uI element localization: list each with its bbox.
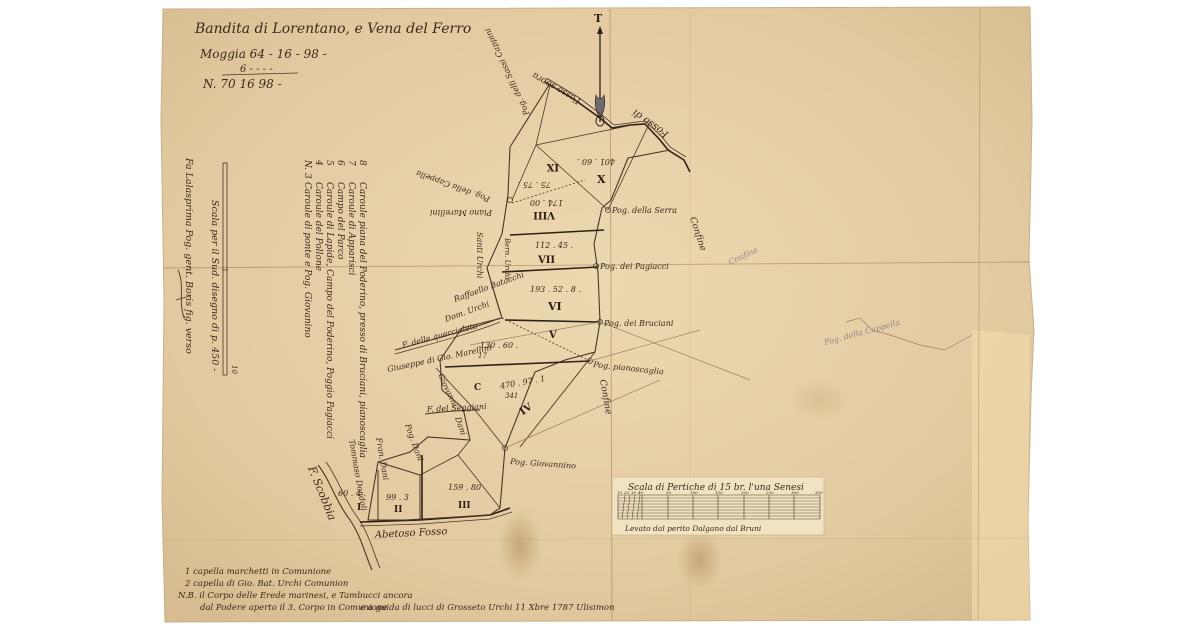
legend-item: N. 3 (302, 159, 312, 179)
parcel-vi-area: 193 . 52 . 8 . (530, 285, 581, 294)
scale-tick: 200 (740, 490, 749, 495)
parcel-viii-area: 174 . 00 (530, 198, 563, 207)
map-title: Bandita di Lorentano, e Vena del Ferro (194, 21, 471, 37)
label-pog-pagiacci: Pog. dei Pagiacci (599, 262, 669, 271)
scale-tick: 10 (230, 365, 238, 374)
parcel-ix-area: 75 . 75 . (518, 180, 551, 189)
legend-item: 7 (346, 160, 356, 166)
legend-item: Caroule di Lapide, Campo del Poderino, P… (324, 182, 334, 439)
owner-label: Bern. Urchi (503, 237, 511, 280)
legend-item: Caroule di Apparisci (346, 182, 356, 276)
legend-item: 4 (313, 159, 323, 166)
summary-line-1: Moggia 64 - 16 - 98 - (199, 47, 327, 61)
legend-item: 5 (324, 160, 334, 166)
scale-tick: 50 (666, 490, 672, 495)
scale-tick: 300 (791, 490, 799, 495)
legend-item: Caroule di ponte e Pog. Giovanino (302, 182, 312, 338)
scale-tick: 40 (637, 490, 644, 495)
parcel-v-id: V (548, 330, 557, 341)
side-note: Fa Lalasprima Pog. gent. Boris fig. vers… (183, 157, 194, 354)
scale-tick: 30 (631, 490, 637, 495)
owner-label: Piano Marellini (429, 208, 493, 217)
scale-tick: 250 (765, 490, 774, 495)
scale-tick: 20 (623, 490, 630, 495)
parcel-iii-id: III (458, 501, 471, 511)
scale-bar: Scala di Pertiche di 15 br. l'una Senesi (612, 477, 824, 535)
scale-tick: 10 (617, 490, 623, 495)
parcel-iv-sub: 341 (505, 392, 518, 400)
scale-note: Scala per il Sud. disegno di p. 450 - (209, 200, 220, 372)
scale-tick: 100 (690, 490, 698, 495)
map-viewer: Bandita di Lorentano, e Vena del Ferro M… (0, 0, 1200, 628)
parcel-c-id: C (474, 383, 481, 393)
summary-line-2: 6 - - - - (240, 64, 273, 75)
parcel-ix-id: IX (546, 161, 559, 172)
footer-note: N.B. il Corpo delle Erede marinesi, e Ta… (177, 591, 413, 601)
legend-item: Caroule piana del Poderino, presso di Br… (357, 182, 367, 458)
scale-bar-note: Levato dal perito Dalgano dal Bruni (624, 524, 762, 533)
owner-label: Santi Urchi (475, 232, 484, 279)
legend-item: Caroule del Pollone (313, 182, 323, 271)
parcel-vii-id: VII (537, 255, 555, 266)
scale-tick: 150 (715, 490, 723, 495)
scale-tick: 350 (815, 490, 823, 495)
summary-total: N. 70 16 98 - (202, 77, 282, 91)
parcel-ii-id: II (394, 505, 402, 515)
survey-map: Bandita di Lorentano, e Vena del Ferro M… (0, 0, 1200, 628)
parcel-vi-id: VI (547, 300, 562, 313)
parcel-iii-area: 159 . 80 (448, 483, 481, 492)
legend-item: 8 (357, 160, 367, 166)
north-marker: T (594, 12, 603, 25)
footer-note: e a guida di lucci di Grosseto Urchi 11 … (360, 603, 615, 613)
footer-note: 2 capella di Gio. Bat. Urchi Comunion (184, 579, 348, 589)
label-pog-serra: Pog. della Serra (611, 206, 677, 215)
parcel-vii-area: 112 . 45 . (535, 241, 573, 250)
legend-item: 6 (335, 160, 345, 166)
parcel-ii-area: 99 . 3 (386, 493, 409, 502)
parcel-viii-id: VIII (533, 209, 556, 220)
parcel-x-id: X (597, 173, 606, 186)
footer-note: 1 capella marchetti in Comunione (185, 567, 331, 577)
legend-item: Campo del Parco (335, 182, 345, 260)
label-pog-bruciani: Pog. dei Bruciani (603, 319, 674, 328)
parcel-x-area: 401 . 60 . (577, 157, 616, 166)
